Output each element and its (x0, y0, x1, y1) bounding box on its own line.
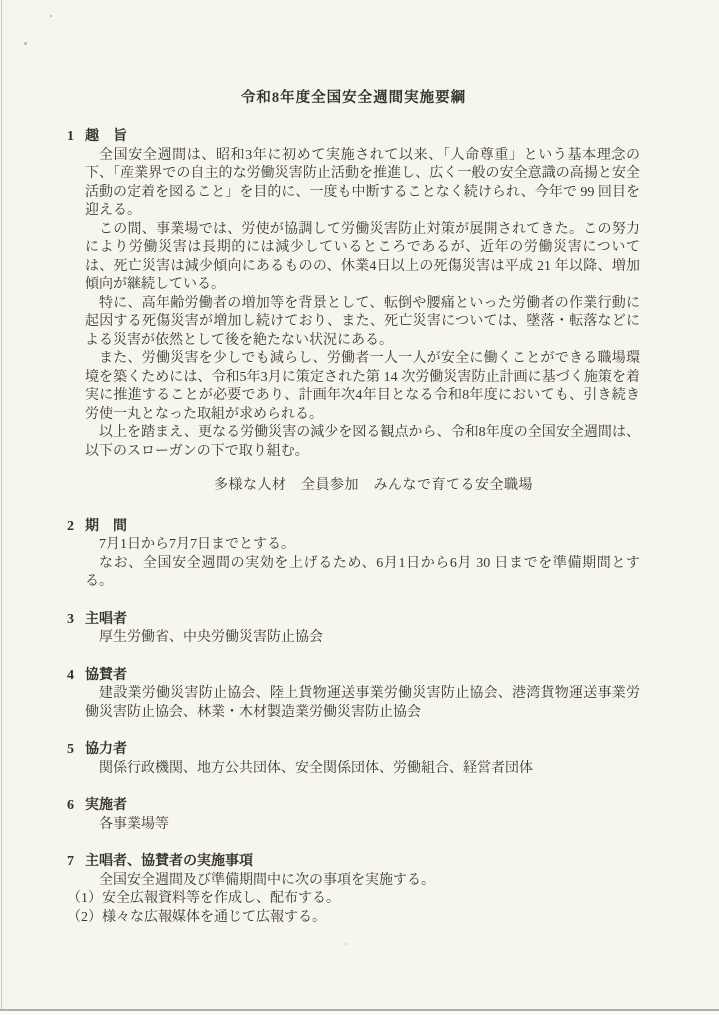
paragraph: 以上を踏まえ、更なる労働災害の減少を図る観点から、令和8年度の全国安全週間は、以… (85, 424, 640, 461)
paragraph: また、労働災害を少しでも減らし、労働者一人一人が安全に働くことができる職場環境を… (85, 350, 640, 424)
numbered-item-list: （1）安全広報資料等を作成し、配布する。 （2）様々な広報媒体を通じて広報する。 (67, 890, 640, 927)
paragraph: 各事業場等 (85, 816, 640, 835)
section-number: 5 (67, 741, 85, 760)
section-implementation-items: 7主唱者、協賛者の実施事項 全国安全週間及び準備期間中に次の事項を実施する。 （… (67, 853, 640, 927)
section-number: 2 (67, 518, 85, 537)
section-body: 全国安全週間は、昭和3年に初めて実施されて以来、「人命尊重」という基本理念の下、… (67, 147, 640, 462)
section-title: 実施者 (85, 798, 127, 813)
section-heading: 6実施者 (67, 797, 640, 816)
section-sponsor: 3主唱者 厚生労働省、中央労働災害防止協会 (67, 611, 640, 648)
scan-speck (50, 15, 52, 17)
section-title: 趣 旨 (85, 129, 127, 144)
list-item: （1）安全広報資料等を作成し、配布する。 (67, 890, 640, 909)
section-cooperators: 5協力者 関係行政機関、地方公共団体、安全関係団体、労働組合、経営者団体 (67, 741, 640, 778)
section-heading: 4協賛者 (67, 667, 640, 686)
safety-week-slogan: 多様な人材 全員参加 みんなで育てる安全職場 (67, 477, 640, 496)
section-body: 7月1日から7月7日までとする。 なお、全国安全週間の実効を上げるため、6月1日… (67, 536, 640, 592)
scan-bottom-edge (0, 1009, 719, 1015)
section-heading: 3主唱者 (67, 611, 640, 630)
paragraph: 全国安全週間及び準備期間中に次の事項を実施する。 (85, 872, 640, 891)
section-body: 建設業労働災害防止協会、陸上貨物運送事業労働災害防止協会、港湾貨物運送事業労働災… (67, 685, 640, 722)
section-heading: 7主唱者、協賛者の実施事項 (67, 853, 640, 872)
section-heading: 2期 間 (67, 518, 640, 537)
section-body: 全国安全週間及び準備期間中に次の事項を実施する。 (67, 872, 640, 891)
section-period: 2期 間 7月1日から7月7日までとする。 なお、全国安全週間の実効を上げるため… (67, 518, 640, 592)
section-title: 協力者 (85, 742, 127, 757)
scan-speck (345, 943, 347, 945)
section-purpose: 1趣 旨 全国安全週間は、昭和3年に初めて実施されて以来、「人命尊重」という基本… (67, 128, 640, 496)
paragraph: 7月1日から7月7日までとする。 (85, 536, 640, 555)
section-body: 各事業場等 (67, 816, 640, 835)
scanned-document-page: 令和8年度全国安全週間実施要綱 1趣 旨 全国安全週間は、昭和3年に初めて実施さ… (0, 0, 719, 1015)
scan-left-edge (1, 0, 2, 1010)
section-title: 期 間 (85, 519, 127, 534)
section-heading: 1趣 旨 (67, 128, 640, 147)
list-item: （2）様々な広報媒体を通じて広報する。 (67, 909, 640, 928)
paragraph: 厚生労働省、中央労働災害防止協会 (85, 629, 640, 648)
section-number: 7 (67, 853, 85, 872)
paragraph: 関係行政機関、地方公共団体、安全関係団体、労働組合、経営者団体 (85, 760, 640, 779)
section-number: 3 (67, 611, 85, 630)
section-heading: 5協力者 (67, 741, 640, 760)
paragraph: 全国安全週間は、昭和3年に初めて実施されて以来、「人命尊重」という基本理念の下、… (85, 147, 640, 221)
paragraph: 特に、高年齢労働者の増加等を背景として、転倒や腰痛といった労働者の作業行動に起因… (85, 295, 640, 351)
section-number: 6 (67, 797, 85, 816)
paragraph: この間、事業場では、労使が協調して労働災害防止対策が展開されてきた。この努力によ… (85, 221, 640, 295)
paragraph: 建設業労働災害防止協会、陸上貨物運送事業労働災害防止協会、港湾貨物運送事業労働災… (85, 685, 640, 722)
section-implementers: 6実施者 各事業場等 (67, 797, 640, 834)
document-content: 令和8年度全国安全週間実施要綱 1趣 旨 全国安全週間は、昭和3年に初めて実施さ… (67, 88, 640, 927)
section-body: 関係行政機関、地方公共団体、安全関係団体、労働組合、経営者団体 (67, 760, 640, 779)
section-title: 協賛者 (85, 668, 127, 683)
section-number: 1 (67, 128, 85, 147)
section-body: 厚生労働省、中央労働災害防止協会 (67, 629, 640, 648)
section-supporters: 4協賛者 建設業労働災害防止協会、陸上貨物運送事業労働災害防止協会、港湾貨物運送… (67, 667, 640, 723)
section-title: 主唱者、協賛者の実施事項 (85, 854, 253, 869)
section-number: 4 (67, 667, 85, 686)
document-title: 令和8年度全国安全週間実施要綱 (67, 88, 640, 108)
section-title: 主唱者 (85, 612, 127, 627)
scan-speck (24, 42, 27, 45)
paragraph: なお、全国安全週間の実効を上げるため、6月1日から6月 30 日までを準備期間と… (85, 555, 640, 592)
